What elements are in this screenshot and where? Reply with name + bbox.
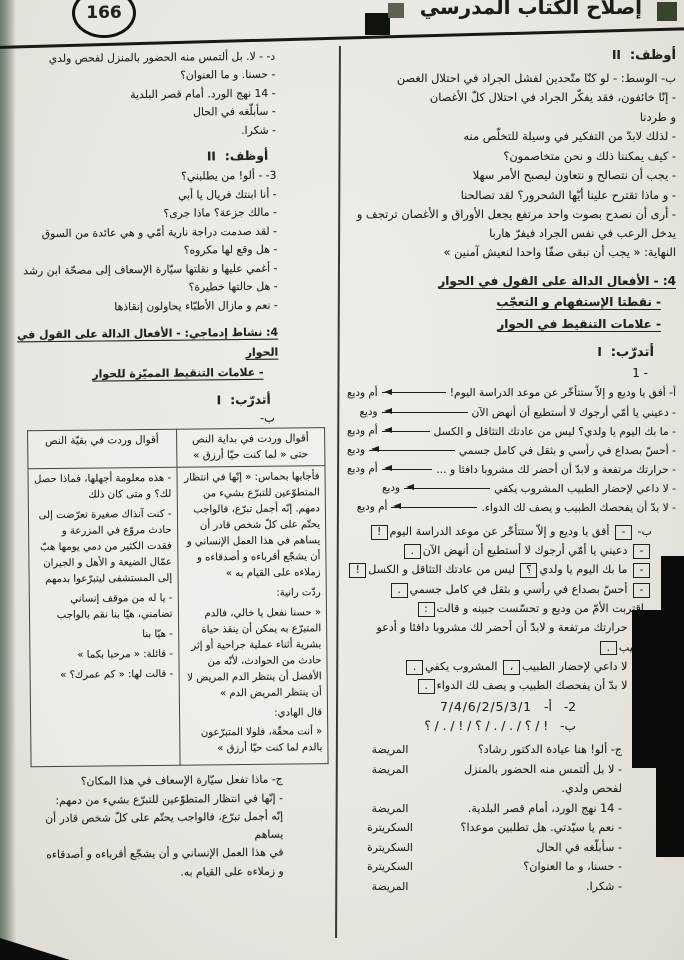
table-paragraph: قال الهادي: [184,705,322,722]
table-paragraph: - كنت آنذاك صغيرة تعرّضت إلى حادث مروّع … [34,507,172,588]
scan-artifact-corner [0,938,70,960]
speaker-name: السكريترة [347,839,433,858]
exercise-2a-answer: -2 أ- 7/4/6/2/5/3/1 [347,700,676,714]
punctuation-box: - [615,525,632,540]
dialogue-row: - ما بك اليوم يا ولدي؟ ليس من عادتك التث… [347,560,652,579]
summary-rules: 4: - الأفعال الدالة على القول في الحوار-… [347,271,676,336]
dialogue-a-speaker-arrows: أ- أفق يا وديع و إلاّ ستتأخّر عن موعد ال… [347,383,676,516]
dialogue-row: - لا بدّ أن يفحصك الطبيب و يصف لك الدواء… [347,498,676,517]
scan-artifact [632,610,684,768]
punctuation-box: . [418,679,435,694]
integration-activity-rules: 4: نشاط إدماجي: - الأفعال الدالة على الق… [17,323,279,385]
dialogue-row: - دعيني يا أمّي أرجوك لا أستطيع أن أنهض … [347,541,652,560]
exercise-2a-label: أ- [544,700,552,714]
text-line: - علامات التنقيط المميّزة للحوار [17,362,278,384]
dialogue-text: - لا بدّ أن يفحصك الطبيب و يصف لك الدواء… [481,498,676,517]
table-cell-beginning: فأجابها بحماس: « إنّها في انتظار المتطوّ… [176,466,328,765]
table-paragraph: - قالت لها: « كم عمرك؟ » [36,666,174,683]
dialogue-text: - شكرا. [433,877,622,896]
arrow-icon [369,450,455,451]
exercise-1-label: - 1 [347,366,676,380]
table-header-beginning: أقوال وردت في بداية النص حتى « لما كنت ح… [176,428,325,468]
section-heading-employ: أوظف: II [347,48,676,63]
dialogue-text: - سأبلّغه في الحال [433,838,622,857]
dialogue-row: - لا داعي لإحضار الطبيب المشروب يكفيوديع [347,479,676,498]
page-header-title: إصلاح الكتاب المدرسي [420,0,642,19]
speaker-name: المريضة [347,741,433,760]
dialogue-text: اقتربت الأمّ من وديع و تحسّست جبينه و قا… [437,602,644,615]
dialogue-row: - لا داعي لإحضار الطبيب، المشروب يكفي. [347,657,652,676]
dialogue-text: دعيني يا أمّي أرجوك لا أستطيع أن أنهض ال… [423,544,631,557]
table-body-row: فأجابها بحماس: « إنّها في انتظار المتطوّ… [28,466,328,767]
dialogue-row: - نعم يا سيّدتي. هل تطلبين موعدا؟السكريت… [347,818,622,838]
exercise-2b-answer: ب- ! / ؟ / . / . / ؟ / ! / . / ؟ [347,719,676,733]
punctuation-box: . [406,660,423,675]
text-line: 3- - ألو! من يطلبني؟ [15,167,276,187]
answer-sequence: ! / ؟ / . / . / ؟ / ! / . / ؟ [424,719,548,733]
punctuation-box: . [404,544,421,559]
punctuation-box: : [418,602,435,617]
heading-word: أتدرّب: [230,392,271,407]
section-heading-practice: أتدرّب: I [18,392,271,410]
text-line: و زملاءه على القيام به. [23,862,284,882]
table-header-rest: أقوال وردت في بقيّة النص [28,429,177,469]
speaker-name: المريضة [347,800,433,819]
answer-sequence: 7/4/6/2/5/3/1 [440,700,532,714]
text-line: - نقطتا الإستفهام و التعجّب [347,292,676,314]
decor-square-icon [657,2,677,21]
scan-artifact [656,765,684,857]
dialogue-row: ج- ألو! هنا عيادة الدكتور رشاد؟المريضة [347,740,622,760]
dialogue-row: ب- - أفق يا وديع و إلاّ ستتأخّر عن موعد … [347,522,652,541]
dialogue-row: - 14 نهج الورد، أمام قصر البلدية.المريضة [347,799,622,819]
speaker-name: المريضة [347,761,433,780]
punctuation-box: ، [503,660,520,675]
speaker-name: وديع [359,403,377,422]
speaker-name: السكريترة [347,819,433,838]
table-paragraph: فأجابها بحماس: « إنّها في انتظار المتطوّ… [182,470,321,583]
dialogue-block-locust: ب- الوسط: - لو كنّا متّحدين لفشل الجراد … [347,69,676,262]
text-line: 4: - الأفعال الدالة على القول في الحوار [347,271,676,293]
text-line: - 14 نهج الورد. أمام قصر البلدية [14,85,275,105]
table-paragraph: - قائلة: « مرحبا بكما » [35,647,173,664]
arrow-icon [382,412,468,413]
text-line: ج- ماذا تفعل سيّارة الإسعاف في هذا المكا… [22,771,283,791]
text-line: د- - لا. بل ألتمس منه الحضور بالمنزل لفح… [14,48,275,68]
dialogue-text: - أحسّ بصداع في رأسي و بثقل في كامل جسمي [459,441,676,460]
arrow-icon [391,507,477,508]
dialogue-row: - أحسّ بصداع في رأسي و بثقل في كامل جسمي… [347,441,676,460]
text-line: في هذا العمل الإنساني و أن يشجّع أقرباءه… [22,844,283,864]
text-line: - هل حالتها خطيرة؟ [17,278,278,298]
dialogue-text: أفق يا وديع و إلاّ ستتأخّر عن موعد الدرا… [390,525,613,538]
text-line: النهاية: « يجب أن نبقى صفّا واحدا لنعيش … [347,243,676,261]
dialogue-text: - ما بك اليوم يا ولدي؟ ليس من عادتك التث… [434,422,676,441]
heading-word: أوظف: [630,48,676,63]
speaker-name: أم وديع [347,460,378,479]
dialogue-text: - لا بل ألتمس منه الحضور بالمنزل لفحص ول… [433,760,622,799]
exercise-b-label: ب- [18,411,275,428]
section-heading-practice: أتدرّب: I [347,345,654,360]
dialogue-text: - نعم يا سيّدتي. هل تطلبين موعدا؟ [433,818,622,837]
punctuation-box: ! [349,563,366,578]
dialogue-text: ليس من عادتك التثاقل و الكسل [368,563,518,576]
page-number: 166 [86,3,122,23]
scan-artifact [661,556,684,618]
heading-numeral: I [217,393,222,407]
section-heading-employ: أوظف: II [15,148,268,166]
punctuation-box: ! [371,525,388,540]
table-header-row: أقوال وردت في بداية النص حتى « لما كنت ح… [28,428,325,469]
heading-numeral: II [207,150,216,164]
text-line: - سأبلّغه في الحال [15,103,276,123]
text-line: - هل وقع لها مكروه؟ [16,241,277,261]
page-number-badge: 166 [72,0,136,38]
dialogue-b-boxed-punctuation: ب- - أفق يا وديع و إلاّ ستتأخّر عن موعد … [347,522,676,696]
dialogue-text: أحسّ بصداع في رأسي و بثقل في كامل جسمي [410,583,631,596]
dialogue-row: - شكرا.المريضة [347,877,622,897]
text-line: - أغمي عليها و نقلتها سيّارة الإسعاف إلى… [16,259,277,279]
decor-square-icon [365,13,390,35]
heading-word: أوظف: [225,148,268,163]
dialogue-row: أ- أفق يا وديع و إلاّ ستتأخّر عن موعد ال… [347,383,676,402]
arrow-icon [382,431,430,432]
dialogue-row: - حسنا، و ما العنوان؟السكريترة [347,857,622,877]
dialogue-block-3: 3- - ألو! من يطلبني؟- أنا ابنتك فريال يا… [15,167,278,317]
text-line: - علامات التنقيط في الحوار [347,314,676,336]
right-column: أوظف: II ب- الوسط: - لو كنّا متّحدين لفش… [337,40,684,960]
dialogue-row: - حرارتك مرتفعة و لابدّ أن أحضر لك مشروب… [347,460,676,479]
speaker-name: وديع [382,479,400,498]
quotes-answer-table: أقوال وردت في بداية النص حتى « لما كنت ح… [27,427,329,767]
table-paragraph: « أنت محقّة، فلولا المتبرّعون بالدم لما … [185,725,323,758]
dialogue-text: ج- ألو! هنا عيادة الدكتور رشاد؟ [433,740,622,759]
dialogue-text: - دعيني يا أمّي أرجوك لا أستطيع أن أنهض … [472,403,676,422]
text-line: - لذلك لابدّ من التفكير في وسيلة للتخلّص… [347,127,676,145]
text-line: - أنا ابنتك فريال يا أبي [16,186,277,206]
speaker-name: أم وديع [347,384,378,403]
punctuation-box: . [600,641,617,656]
speaker-name: السكريترة [347,858,433,877]
table-cell-rest: - هذه معلومة أجهلها، فماذا حصل لك؟ و متى… [28,468,180,767]
dialogue-text: أ- أفق يا وديع و إلاّ ستتأخّر عن موعد ال… [450,383,676,402]
speaker-name: المريضة [347,878,433,897]
punctuation-box: - [633,583,650,598]
table-paragraph: ردّت رانية: [183,585,321,602]
text-line: إنّه أجمل تبرّع، فالواجب يحتّم على كلّ ش… [22,808,283,846]
table-paragraph: - هذه معلومة أجهلها، فماذا حصل لك؟ و متى… [34,471,172,504]
dialogue-row: - أحسّ بصداع في رأسي و بثقل في كامل جسمي… [347,580,652,599]
arrow-icon [404,488,490,489]
speaker-name: وديع [347,441,365,460]
text-line: و طردنا [347,108,676,126]
text-line: - يجب أن نتصالح و نتعاون ليصبح الأمر سهل… [347,166,676,184]
dialogue-text: لا داعي لإحضار الطبيب [522,660,631,673]
table-paragraph: « حسنا نفعل يا خالي، فالدم المتبرّع به ي… [183,605,321,702]
text-line: - إنّها في انتظار المتطوّعين للتبرّع بشي… [22,789,283,809]
speaker-name: أم وديع [347,422,378,441]
dialogue-text: - لا داعي لإحضار الطبيب المشروب يكفي [494,479,676,498]
punctuation-box: ؟ [520,563,537,578]
left-column: د- - لا. بل ألتمس منه الحضور بالمنزل لفح… [0,40,347,960]
dialogue-c-phone-call: ج- ألو! هنا عيادة الدكتور رشاد؟المريضة- … [347,740,676,896]
dialogue-row: اقتربت الأمّ من وديع و تحسّست جبينه و قا… [347,599,652,618]
dialogue-block-c: ج- ماذا تفعل سيّارة الإسعاف في هذا المكا… [22,771,284,883]
punctuation-box: . [391,583,408,598]
heading-word: أتدرّب: [611,345,654,360]
text-line: - مالك جزعة؟ ماذا جرى؟ [16,204,277,224]
dialogue-text: - 14 نهج الورد، أمام قصر البلدية. [433,799,622,818]
arrow-icon [382,469,433,470]
heading-numeral: I [597,345,601,359]
dialogue-text: ب- [634,525,652,538]
text-line: - نعم و مازال الأطبّاء يحاولون إنقاذها [17,296,278,316]
table-paragraph: - يا له من موقف إنساني تضامني، هيّا بنا … [35,591,173,624]
speaker-name: أم وديع [357,498,388,517]
dialogue-row: - سأبلّغه في الحالالسكريترة [347,838,622,858]
dialogue-text: - حسنا، و ما العنوان؟ [433,857,622,876]
dialogue-text: - حرارتك مرتفعة و لابدّ أن أحضر لك مشروب… [436,460,676,479]
dialogue-row: - لا بدّ أن يفحصك الطبيب و يصف لك الدواء… [347,676,652,695]
text-line: - حسنا. و ما العنوان؟ [14,66,275,86]
dialogue-text: لا بدّ أن يفحصك الطبيب و يصف لك الدواء [437,679,631,692]
dialogue-row: - حرارتك مرتفعة و لابدّ أن أحضر لك مشروب… [347,618,652,657]
decor-square-icon [388,3,404,18]
scanned-textbook-page: إصلاح الكتاب المدرسي 166 أوظف: II ب- الو… [0,0,684,960]
text-line: - كيف يمكننا ذلك و نحن متخاصمون؟ [347,147,676,165]
page-columns: أوظف: II ب- الوسط: - لو كنّا متّحدين لفش… [0,40,684,960]
exercise-2b-label: ب- [560,719,576,733]
text-line: 4: نشاط إدماجي: - الأفعال الدالة على الق… [17,323,278,365]
text-line: - لقد صدمت دراجة نارية أمّي و هي عائدة م… [16,223,277,243]
text-line: - و ماذا تقترح علينا أيّها الشحرور؟ لقد … [347,186,676,204]
punctuation-box: - [633,544,650,559]
heading-numeral: II [612,48,621,62]
dialogue-text: ما بك اليوم يا ولدي [539,563,631,576]
dialogue-block-d: د- - لا. بل ألتمس منه الحضور بالمنزل لفح… [14,48,276,142]
text-line: - شكرا. [15,122,276,142]
arrow-icon [382,392,446,393]
exercise-2-number: -2 [564,700,576,714]
table-paragraph: - هيّا بنا [35,627,173,644]
dialogue-row: - دعيني يا أمّي أرجوك لا أستطيع أن أنهض … [347,403,676,422]
text-line: - إنّا خائفون، فقد يفكّر الجراد في احتلا… [347,88,676,106]
dialogue-row: - ما بك اليوم يا ولدي؟ ليس من عادتك التث… [347,422,676,441]
dialogue-text: المشروب يكفي [425,660,501,673]
text-line: ب- الوسط: - لو كنّا متّحدين لفشل الجراد … [347,69,676,87]
dialogue-row: - لا بل ألتمس منه الحضور بالمنزل لفحص ول… [347,760,622,799]
text-line: - أرى أن نصدح بصوت واحد مرتفع يجعل الأور… [347,205,676,242]
punctuation-box: - [633,563,650,578]
